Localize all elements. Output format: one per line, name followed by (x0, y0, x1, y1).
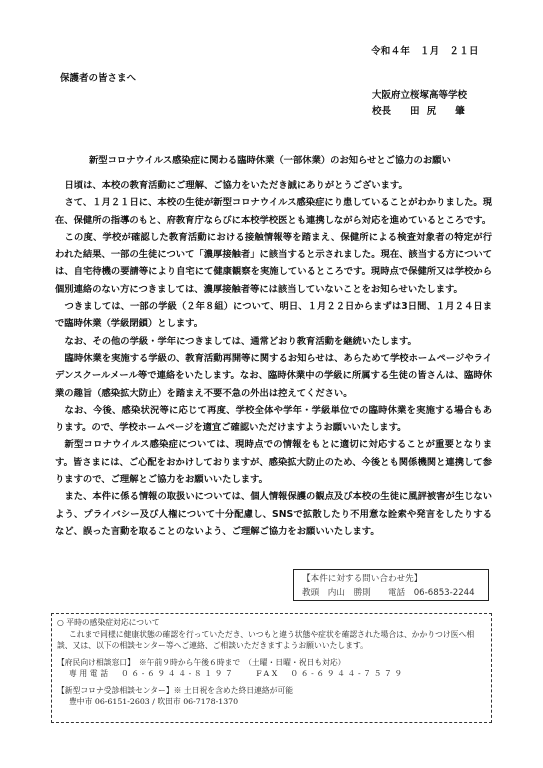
contact-details: 教頭 内山 勝則 電話 06-6853-2244 (302, 586, 488, 600)
paragraph-infection-report: さて、１月２１日に、本校の生徒が新型コロナウイルス感染症にり患していることがわか… (55, 194, 492, 229)
document-body: 日頃は、本校の教育活動にご理解、ご協力をいただき誠にありがとうございます。 さて… (55, 177, 492, 540)
paragraph-greeting: 日頃は、本校の教育活動にご理解、ご協力をいただき誠にありがとうございます。 (55, 177, 492, 194)
contact-box: 【本件に対する問い合わせ先】 教頭 内山 勝則 電話 06-6853-2244 (293, 569, 489, 601)
document-title: 新型コロナウイルス感染症に関わる臨時休業（一部休業）のお知らせとご協力のお願い (89, 152, 451, 166)
paragraph-privacy: また、本件に係る情報の取扱いについては、個人情報保護の観点及び本校の生徒に風評被… (55, 488, 492, 540)
consult-window-heading: 【府民向け相談窓口】 ※午前９時から午後６時まで （土曜・日曜・祝日も対応） (57, 657, 487, 669)
notice-text-line2: 談、又は、以下の相談センター等へご連絡、ご相談いただきますようお願いいたします。 (57, 640, 487, 652)
addressee: 保護者の皆さまへ (60, 70, 136, 84)
corona-center-heading: 【新型コロナ受診相談センター】※ 土日祝を含めた終日連絡が可能 (57, 685, 487, 697)
paragraph-other-classes: なお、その他の学級・学年につきましては、通常どおり教育活動を継続いたします。 (55, 333, 492, 350)
school-name: 大阪府立桜塚高等学校 (372, 87, 467, 101)
paragraph-future-closures: なお、今後、感染状況等に応じて再度、学校全体や学年・学級単位での臨時休業を実施す… (55, 402, 492, 437)
paragraph-cooperation: 新型コロナウイルス感染症については、現時点での情報をもとに適切に対応することが重… (55, 436, 492, 488)
consult-window-phone: 専用電話 ０６-６９４４-８１９７ FAX ０６-６９４４-７５７９ (57, 668, 487, 680)
principal-name: 校長 田 尻 肇 (372, 103, 465, 117)
paragraph-class-closure: つきましては、一部の学級（２年８組）について、明日、１月２２日からまずは3日間、… (55, 298, 492, 333)
notice-box: ○ 平時の感染症対応について これまで同様に健康状態の確認を行っていただき、いつ… (51, 613, 492, 723)
notice-heading: ○ 平時の感染症対応について (57, 617, 487, 629)
corona-center-phones: 豊中市 06-6151-2603 / 吹田市 06-7178-1370 (57, 696, 487, 708)
contact-heading: 【本件に対する問い合わせ先】 (302, 572, 488, 586)
notice-text-line1: これまで同様に健康状態の確認を行っていただき、いつもと違う状態や症状を確認された… (57, 629, 487, 641)
paragraph-close-contacts: この度、学校が確認した教育活動における接触情報等を踏まえ、保健所による検査対象者… (55, 229, 492, 298)
document-date: 令和４年 １月 ２１日 (371, 43, 479, 57)
paragraph-resumption-notice: 臨時休業を実施する学級の、教育活動再開等に関するお知らせは、あらためて学校ホーム… (55, 350, 492, 402)
